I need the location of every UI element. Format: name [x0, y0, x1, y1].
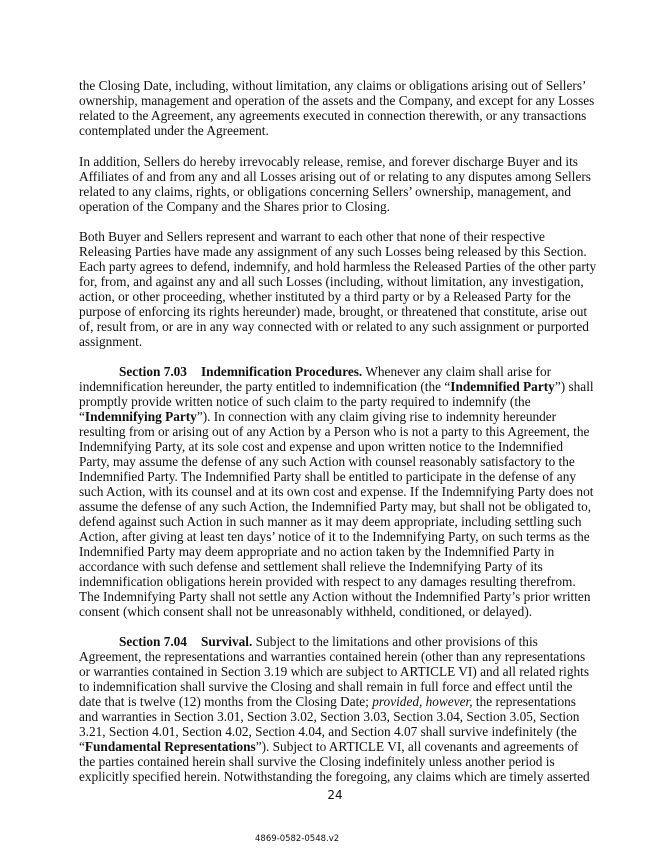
text-line: promptly provide written notice of such … — [79, 394, 531, 409]
text-line: the Closing Date, including, without lim… — [79, 78, 586, 93]
text-line: for, from, and against any and all such … — [79, 274, 584, 289]
text-line: Indemnified Party may deem appropriate a… — [79, 544, 554, 559]
text-line: resulting from or arising out of any Act… — [79, 424, 589, 439]
text-line: such Action, with its counsel and at its… — [79, 484, 593, 499]
text: ”) shall — [555, 379, 594, 394]
defined-term: Indemnifying Party — [85, 409, 197, 424]
text-line: “Indemnifying Party”). In connection wit… — [79, 409, 556, 424]
text: ”). Subject to ARTICLE VI, all covenants… — [256, 739, 579, 754]
section-7-03-heading-line: Section 7.03Indemnification Procedures. … — [119, 364, 551, 379]
text-line: contemplated under the Agreement. — [79, 123, 269, 138]
text-line: “Fundamental Representations”). Subject … — [79, 739, 578, 754]
text-line: assume the defense of any such Action, t… — [79, 499, 591, 514]
text-line: to indemnification shall survive the Clo… — [79, 679, 572, 694]
text-line: 3.21, Section 4.01, Section 4.02, Sectio… — [79, 724, 577, 739]
text-line: date that is twelve (12) months from the… — [79, 694, 576, 709]
section-7-04-heading-line: Section 7.04Survival. Subject to the lim… — [119, 634, 538, 649]
text-line: The Indemnifying Party shall not settle … — [79, 589, 590, 604]
text-line: Party, may assume the defense of any suc… — [79, 454, 575, 469]
page-number: 24 — [0, 788, 670, 802]
document-id-footer: 4869-0582-0548.v2 — [255, 834, 339, 844]
text-line: Releasing Parties have made any assignme… — [79, 244, 587, 259]
section-number: Section 7.03 — [119, 364, 187, 379]
text-line: indemnification hereunder, the party ent… — [79, 379, 594, 394]
text-line: and warranties in Section 3.01, Section … — [79, 709, 579, 724]
text-line: purpose of enforcing its rights hereunde… — [79, 304, 587, 319]
text-line: of, result from, or are in any way conne… — [79, 319, 589, 334]
text-line: indemnification obligations herein provi… — [79, 574, 576, 589]
text-line: operation of the Company and the Shares … — [79, 199, 390, 214]
defined-term: Indemnified Party — [450, 379, 555, 394]
text-line: Affiliates of and from any and all Losse… — [79, 169, 591, 184]
text: ”). In connection with any claim giving … — [197, 409, 556, 424]
section-title: Indemnification Procedures. — [201, 364, 362, 379]
text-line: In addition, Sellers do hereby irrevocab… — [79, 154, 578, 169]
text-line: Indemnified Party. The Indemnified Party… — [79, 469, 576, 484]
text: date that is twelve (12) months from the… — [79, 694, 372, 709]
text-line: Each party agrees to defend, indemnify, … — [79, 259, 596, 274]
text: Subject to the limitations and other pro… — [252, 634, 538, 649]
defined-term: Fundamental Representations — [85, 739, 256, 754]
text: indemnification hereunder, the party ent… — [79, 379, 450, 394]
text: Whenever any claim shall arise for — [362, 364, 551, 379]
text-line: accordance with such defense and settlem… — [79, 559, 543, 574]
text-line: action, or other proceeding, whether ins… — [79, 289, 571, 304]
italic-phrase: provided, however, — [372, 694, 472, 709]
text-line: Indemnifying Party, at its sole cost and… — [79, 439, 563, 454]
text-line: ownership, management and operation of t… — [79, 93, 594, 108]
text-line: explicitly specified herein. Notwithstan… — [79, 769, 590, 784]
text-line: defend against such Action in such manne… — [79, 514, 582, 529]
text-line: Both Buyer and Sellers represent and war… — [79, 229, 545, 244]
text-line: or warranties contained in Section 3.19 … — [79, 664, 589, 679]
text-line: the parties contained herein shall survi… — [79, 754, 555, 769]
text-line: Action, after giving at least ten days’ … — [79, 529, 590, 544]
text-line: related to any claims, rights, or obliga… — [79, 184, 571, 199]
text-line: assignment. — [79, 334, 142, 349]
section-title: Survival. — [201, 634, 252, 649]
section-number: Section 7.04 — [119, 634, 187, 649]
text-line: Agreement, the representations and warra… — [79, 649, 585, 664]
text-line: related to the Agreement, any agreements… — [79, 108, 586, 123]
text-line: consent (which consent shall not be unre… — [79, 604, 532, 619]
document-page: the Closing Date, including, without lim… — [0, 0, 670, 867]
text: the representations — [473, 694, 576, 709]
